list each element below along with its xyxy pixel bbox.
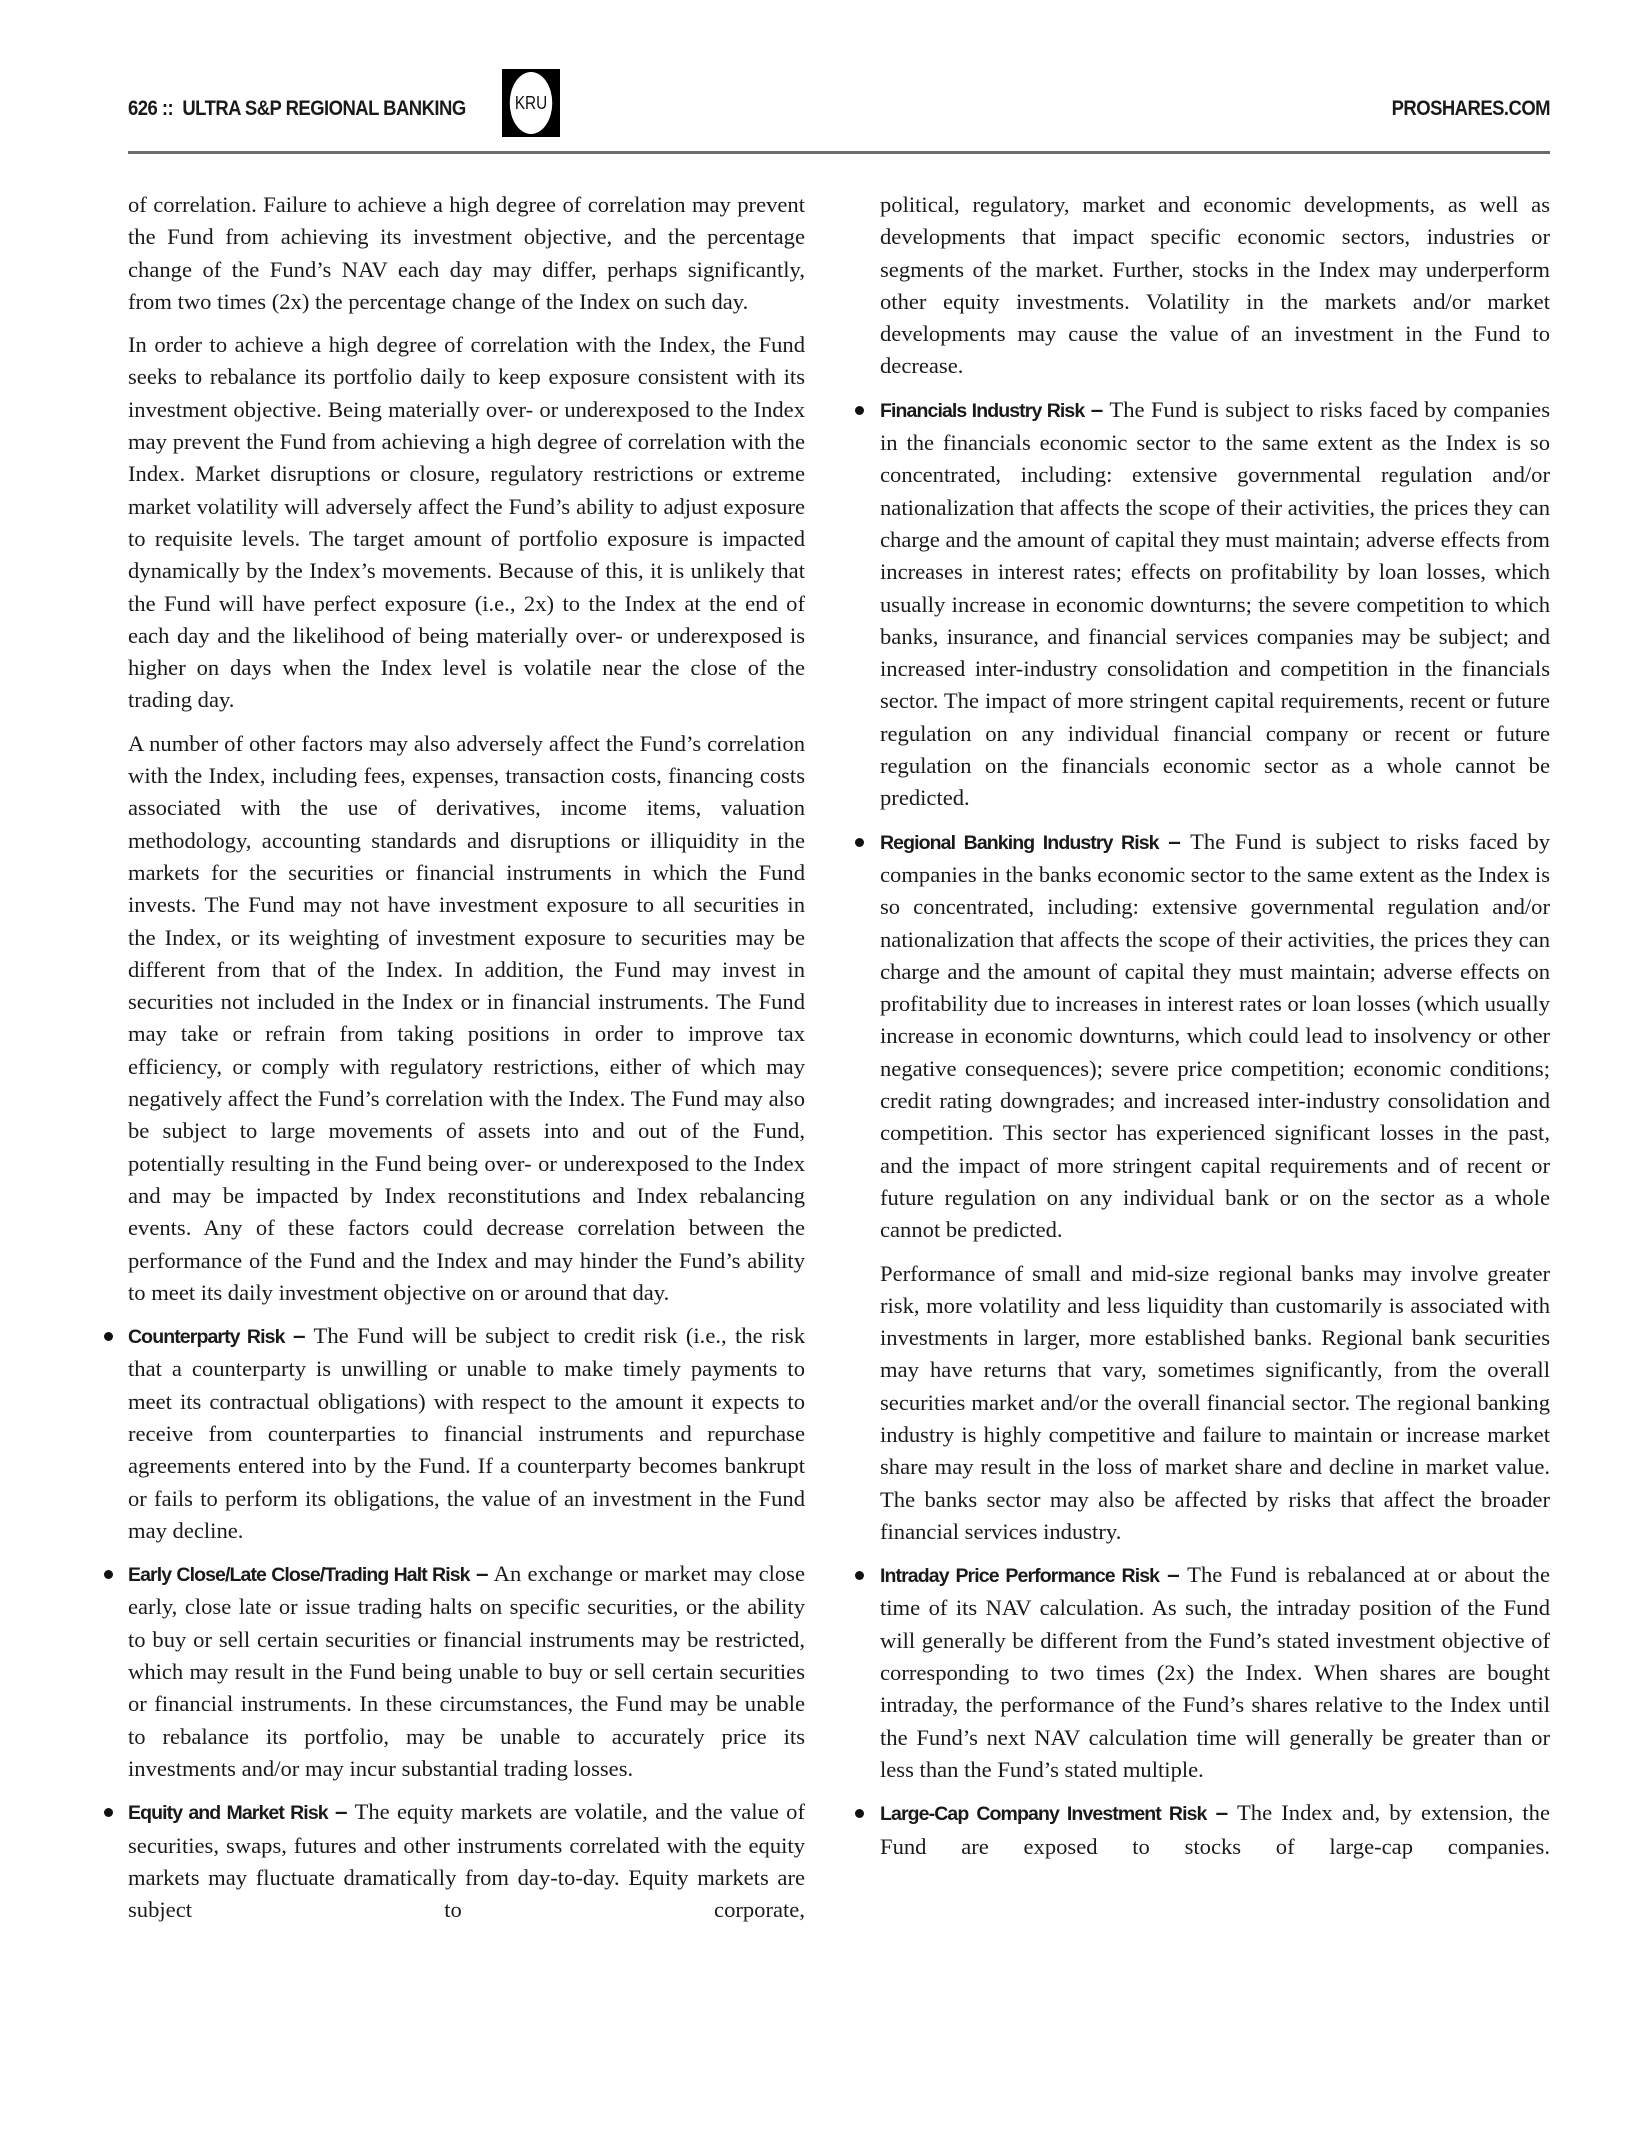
- fund-name: ULTRA S&P REGIONAL BANKING: [182, 97, 465, 120]
- risk-text: The Fund is subject to risks faced by co…: [880, 829, 1550, 1243]
- bullet-dot-icon: [104, 1570, 113, 1579]
- risk-term: Early Close/Late Close/Trading Halt Risk: [128, 1564, 470, 1586]
- risk-term: Equity and Market Risk: [128, 1802, 328, 1824]
- bullet-dot-icon: [104, 1808, 113, 1817]
- risk-dash: –: [1167, 1562, 1180, 1587]
- bullet-dot-icon: [855, 1571, 864, 1580]
- bullet-equity-market-risk: Equity and Market Risk – The equity mark…: [128, 1796, 805, 1926]
- risk-dash: –: [1168, 829, 1181, 854]
- risk-dash: –: [1216, 1800, 1229, 1825]
- header-rule: [128, 151, 1550, 154]
- left-column: of correlation. Failure to achieve a hig…: [128, 189, 805, 1937]
- risk-term: Counterparty Risk: [128, 1326, 285, 1348]
- page-number: 626: [128, 97, 157, 120]
- header-separator: ::: [162, 97, 173, 120]
- paragraph-equity-continued: political, regulatory, market and econom…: [880, 189, 1550, 383]
- bullet-dot-icon: [104, 1332, 113, 1341]
- bullet-regional-banking-risk: Regional Banking Industry Risk – The Fun…: [880, 826, 1550, 1247]
- risk-term: Regional Banking Industry Risk: [880, 832, 1159, 854]
- bullet-dot-icon: [855, 1809, 864, 1818]
- risk-term: Financials Industry Risk: [880, 400, 1084, 422]
- ticker-symbol: KRU: [515, 93, 547, 114]
- page-header: 626 :: ULTRA S&P REGIONAL BANKING KRU PR…: [128, 92, 1550, 132]
- risk-term: Intraday Price Performance Risk: [880, 1565, 1159, 1587]
- risk-dash: –: [335, 1799, 348, 1824]
- risk-text: The Fund is subject to risks faced by co…: [880, 397, 1550, 811]
- risk-dash: –: [1091, 397, 1104, 422]
- bullet-dot-icon: [855, 406, 864, 415]
- risk-dash: –: [293, 1323, 306, 1348]
- right-column: political, regulatory, market and econom…: [880, 189, 1550, 1874]
- bullet-counterparty-risk: Counterparty Risk – The Fund will be sub…: [128, 1320, 805, 1547]
- risk-term: Large-Cap Company Investment Risk: [880, 1803, 1206, 1825]
- bullet-intraday-price-risk: Intraday Price Performance Risk – The Fu…: [880, 1559, 1550, 1786]
- paragraph-regional-banks-performance: Performance of small and mid-size region…: [880, 1258, 1550, 1549]
- risk-text: An exchange or market may close early, c…: [128, 1561, 805, 1781]
- header-title: 626 :: ULTRA S&P REGIONAL BANKING: [128, 92, 466, 126]
- website-link[interactable]: PROSHARES.COM: [1392, 92, 1550, 126]
- ticker-badge: KRU: [502, 69, 560, 137]
- risk-text: The Fund will be subject to credit risk …: [128, 1323, 805, 1543]
- bullet-large-cap-risk: Large-Cap Company Investment Risk – The …: [880, 1797, 1550, 1863]
- ticker-oval-icon: KRU: [510, 72, 553, 134]
- bullet-financials-industry-risk: Financials Industry Risk – The Fund is s…: [880, 394, 1550, 815]
- paragraph-other-factors: A number of other factors may also adver…: [128, 728, 805, 1309]
- risk-dash: –: [476, 1561, 489, 1586]
- risk-text: The Fund is rebalanced at or about the t…: [880, 1562, 1550, 1782]
- paragraph-correlation-continued: of correlation. Failure to achieve a hig…: [128, 189, 805, 318]
- bullet-early-close-risk: Early Close/Late Close/Trading Halt Risk…: [128, 1558, 805, 1785]
- bullet-dot-icon: [855, 838, 864, 847]
- paragraph-rebalance: In order to achieve a high degree of cor…: [128, 329, 805, 717]
